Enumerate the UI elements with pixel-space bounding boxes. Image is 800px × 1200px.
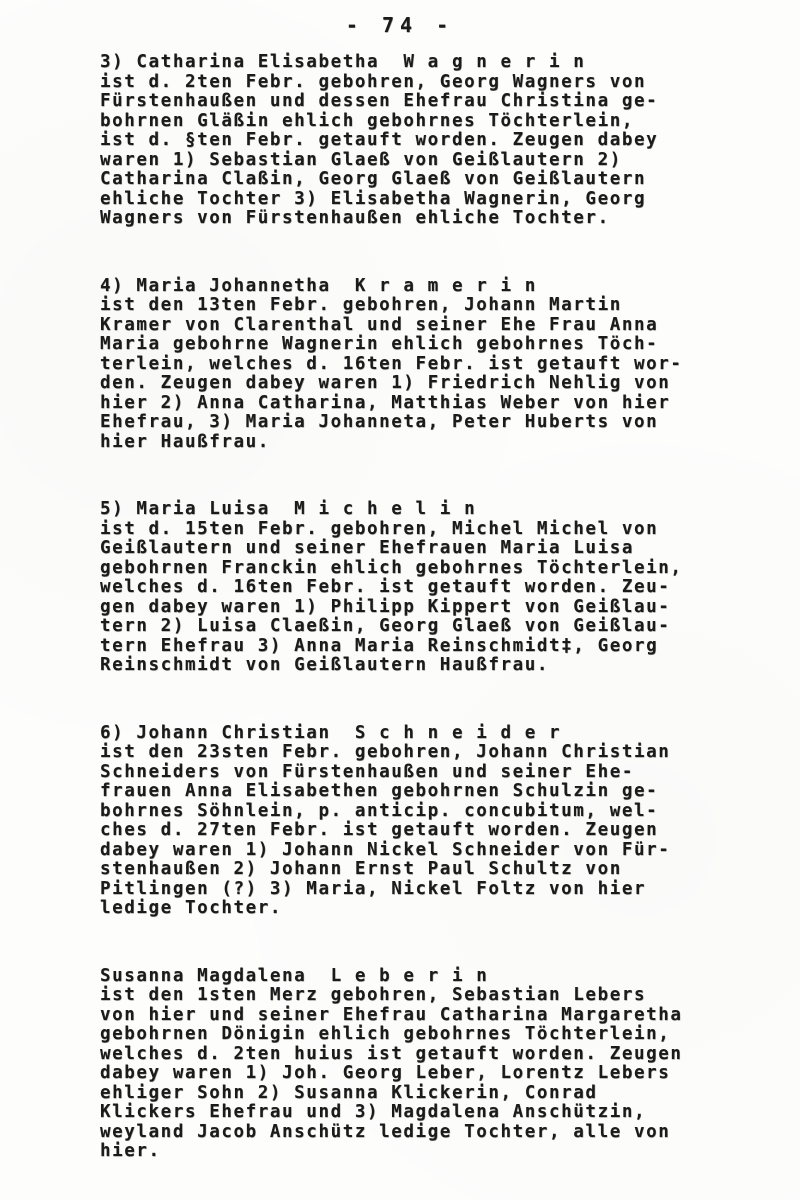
scanned-register-page: - 74 - 3) Catharina Elisabetha W a g n e… xyxy=(0,0,800,1200)
entry-johann-schneider: 6) Johann Christian S c h n e i d e r is… xyxy=(100,724,740,919)
entry-maria-michelin: 5) Maria Luisa M i c h e l i n ist d. 15… xyxy=(100,500,740,676)
text-column: 3) Catharina Elisabetha W a g n e r i n … xyxy=(100,53,740,1162)
entry-catharina-wagnerin: 3) Catharina Elisabetha W a g n e r i n … xyxy=(100,53,740,229)
page-number: - 74 - xyxy=(0,13,800,37)
entry-susanna-leberin: Susanna Magdalena L e b e r i n ist den … xyxy=(100,967,740,1162)
entry-maria-kramerin: 4) Maria Johannetha K r a m e r i n ist … xyxy=(100,277,740,453)
